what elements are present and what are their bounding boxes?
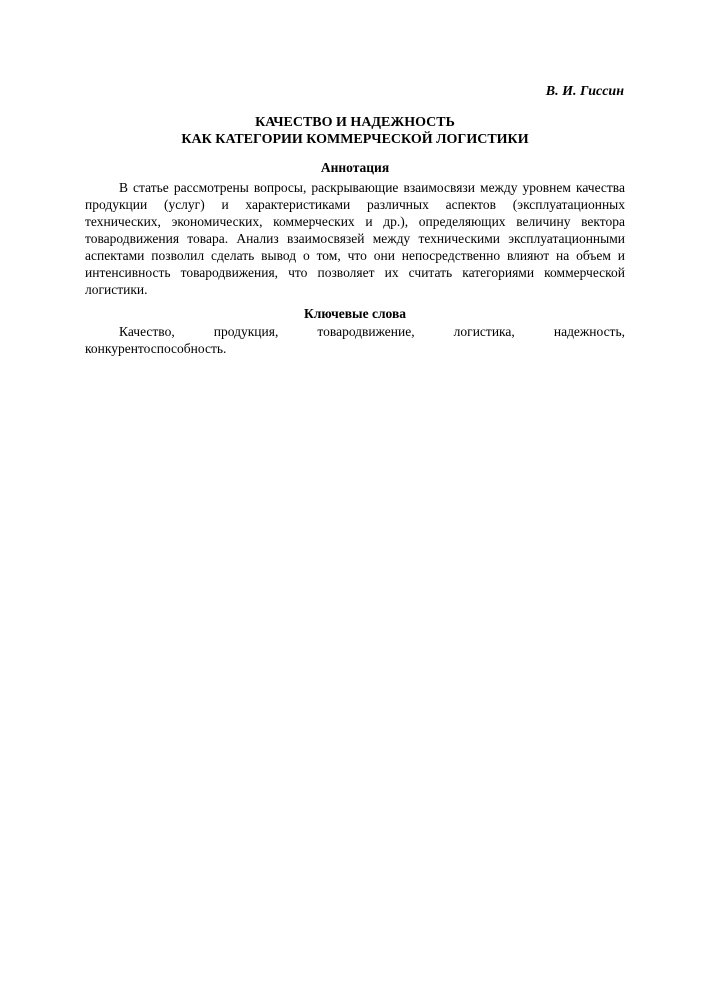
abstract-line: технических, экономических, коммерческих… [85, 213, 625, 230]
abstract-line: продукции (услуг) и характеристиками раз… [85, 196, 625, 213]
abstract-line: логистики. [85, 281, 625, 298]
keywords-heading: Ключевые слова [85, 306, 625, 322]
abstract-line: В статье рассмотрены вопросы, раскрывающ… [85, 179, 625, 196]
keywords-line: Качество, продукция, товародвижение, лог… [85, 323, 625, 340]
abstract-line: аспектами позволил сделать вывод о том, … [85, 247, 625, 264]
article-title-line-1: КАЧЕСТВО И НАДЕЖНОСТЬ [85, 114, 625, 132]
author-name: В. И. Гиссин [546, 84, 624, 100]
abstract-line: интенсивность товародвижения, что позвол… [85, 264, 625, 281]
document-page: В. И. Гиссин КАЧЕСТВО И НАДЕЖНОСТЬ КАК К… [0, 0, 709, 1003]
abstract-line: товародвижения товара. Анализ взаимосвяз… [85, 230, 625, 247]
keywords-line: конкурентоспособность. [85, 340, 625, 357]
abstract-heading: Аннотация [85, 160, 625, 176]
article-title-line-2: КАК КАТЕГОРИИ КОММЕРЧЕСКОЙ ЛОГИСТИКИ [85, 131, 625, 149]
